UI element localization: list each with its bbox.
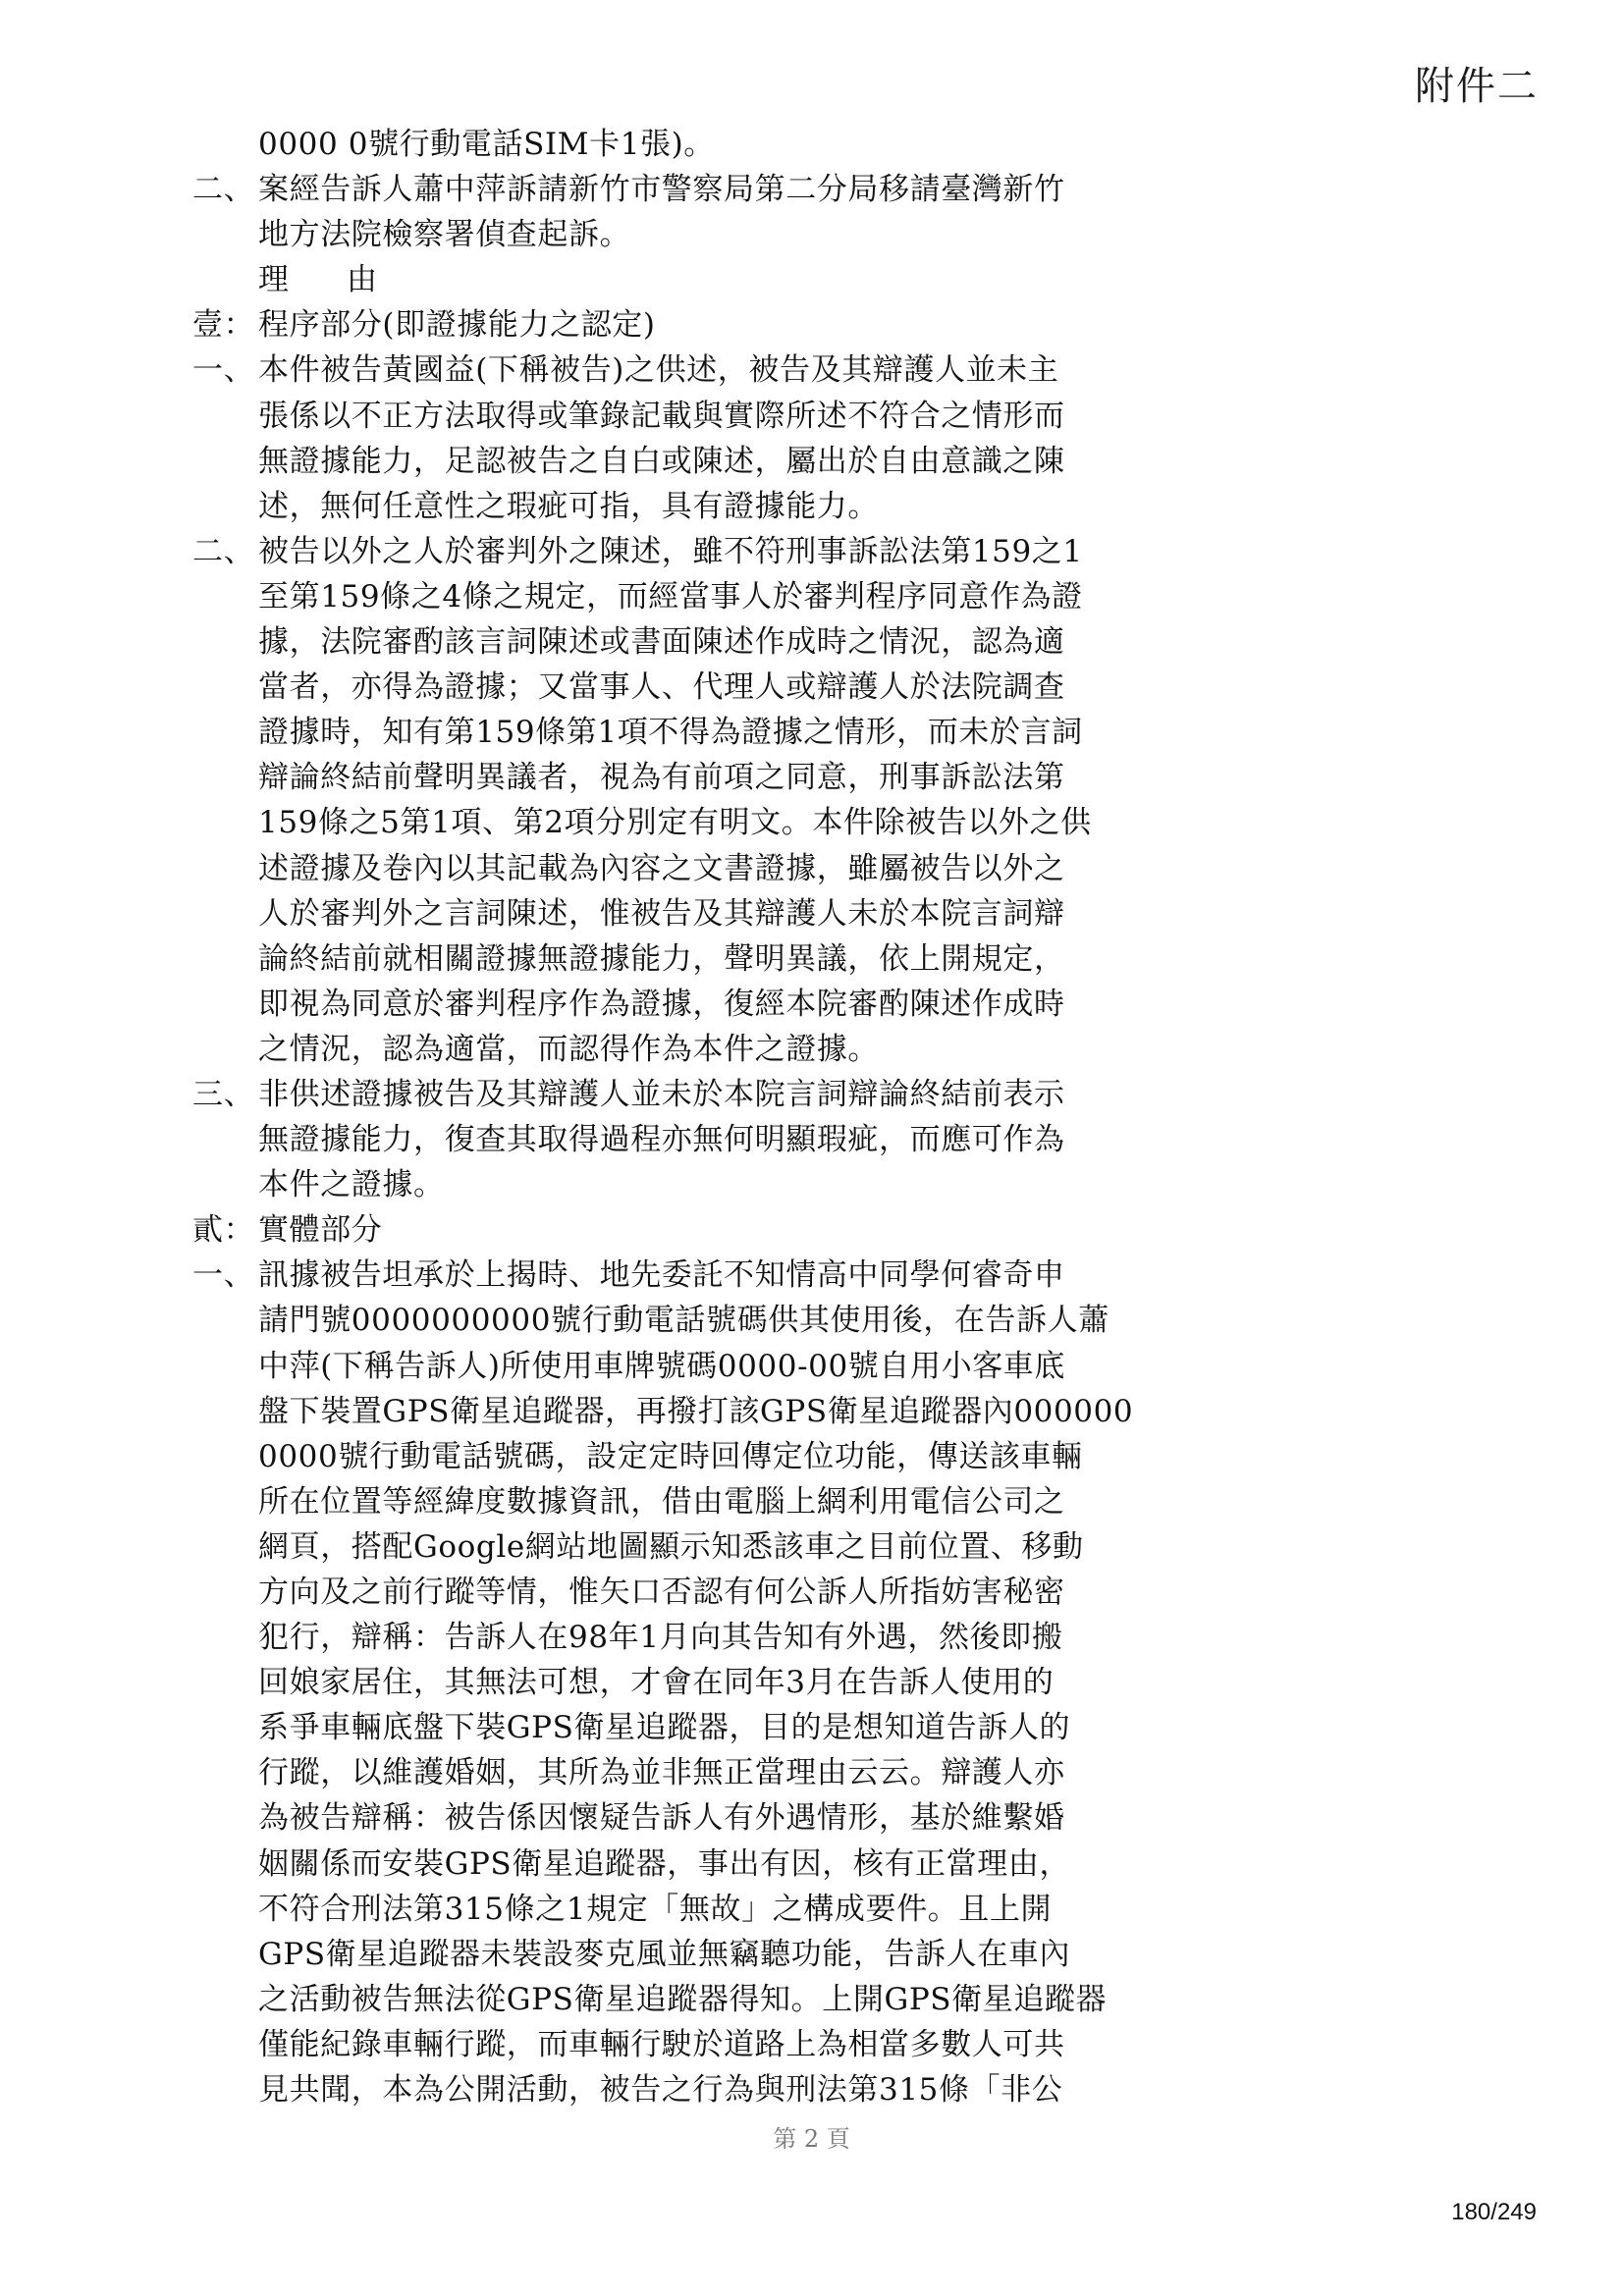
line-text: 本件被告黃國益(下稱被告)之供述，被告及其辯護人並未主 — [258, 347, 1058, 393]
line-text: 當者，亦得為證據；又當事人、代理人或辯護人於法院調查 — [258, 665, 1065, 710]
paragraph-line: 系爭車輛底盤下裝GPS衛星追蹤器，目的是想知道告訴人的 — [192, 1705, 1119, 1750]
paragraph-line: 論終結前就相關證據無證據能力，聲明異議，依上開規定， — [192, 936, 1119, 982]
paragraph-line: 為被告辯稱：被告係因懷疑告訴人有外遇情形，基於維繫婚 — [192, 1795, 1119, 1841]
line-text: 方向及之前行蹤等情，惟矢口否認有何公訴人所指妨害秘密 — [258, 1570, 1065, 1615]
paragraph-line: 地方法院檢察署偵查起訴。 — [192, 212, 1119, 257]
paragraph-line: 無證據能力，足認被告之自白或陳述，屬出於自由意識之陳 — [192, 439, 1119, 484]
paragraph-line: 請門號0000000000號行動電話號碼供其使用後，在告訴人蕭 — [192, 1298, 1119, 1343]
line-text: 地方法院檢察署偵查起訴。 — [258, 212, 630, 257]
list-marker: 壹： — [192, 302, 259, 347]
line-text: 中萍(下稱告訴人)所使用車牌號碼0000-00號自用小客車底 — [258, 1344, 1065, 1389]
line-text: 請門號0000000000號行動電話號碼供其使用後，在告訴人蕭 — [258, 1298, 1109, 1343]
line-text: GPS衛星追蹤器未裝設麥克風並無竊聽功能，告訴人在車內 — [258, 1932, 1070, 1977]
line-text: 被告以外之人於審判外之陳述，雖不符刑事訴訟法第159之1 — [258, 529, 1083, 574]
line-text: 為被告辯稱：被告係因懷疑告訴人有外遇情形，基於維繫婚 — [258, 1795, 1065, 1841]
list-marker: 一、 — [192, 1253, 259, 1298]
line-text: 即視為同意於審判程序作為證據，復經本院審酌陳述作成時 — [258, 982, 1065, 1027]
paragraph-first-line: 一、本件被告黃國益(下稱被告)之供述，被告及其辯護人並未主 — [192, 347, 1119, 393]
paragraph-line: 不符合刑法第315條之1規定「無故」之構成要件。且上開 — [192, 1887, 1119, 1932]
paragraph-line: 人於審判外之言詞陳述，惟被告及其辯護人未於本院言詞辯 — [192, 891, 1119, 936]
line-text: 證據時，知有第159條第1項不得為證據之情形，而未於言詞 — [258, 710, 1083, 755]
paragraph-line: 本件之證據。 — [192, 1162, 1119, 1207]
paragraph-line: 僅能紀錄車輛行蹤，而車輛行駛於道路上為相當多數人可共 — [192, 2022, 1119, 2067]
line-text: 訊據被告坦承於上揭時、地先委託不知情高中同學何睿奇申 — [258, 1253, 1065, 1298]
paragraph-line: 見共聞，本為公開活動，被告之行為與刑法第315條「非公 — [192, 2067, 1119, 2112]
line-text: 本件之證據。 — [258, 1162, 445, 1207]
line-text: 之活動被告無法從GPS衛星追蹤器得知。上開GPS衛星追蹤器 — [258, 1977, 1107, 2022]
line-text: 0000號行動電話號碼，設定定時回傳定位功能，傳送該車輛 — [258, 1434, 1083, 1479]
line-text: 所在位置等經緯度數據資訊，借由電腦上網利用電信公司之 — [258, 1479, 1065, 1524]
line-text: 回娘家居住，其無法可想，才會在同年3月在告訴人使用的 — [258, 1660, 1054, 1705]
list-marker: 二、 — [192, 167, 259, 212]
line-text: 0000 0號行動電話SIM卡1張)。 — [258, 122, 715, 167]
paragraph-line: 犯行，辯稱：告訴人在98年1月向其告知有外遇，然後即搬 — [192, 1615, 1119, 1660]
paragraph-line: 理 由 — [192, 257, 1119, 302]
list-marker: 二、 — [192, 529, 259, 574]
page-number-label: 第 2 頁 — [0, 2119, 1623, 2154]
paragraph-line: 所在位置等經緯度數據資訊，借由電腦上網利用電信公司之 — [192, 1479, 1119, 1524]
paragraph-line: 0000號行動電話號碼，設定定時回傳定位功能，傳送該車輛 — [192, 1434, 1119, 1479]
list-marker: 一、 — [192, 347, 259, 393]
line-text: 僅能紀錄車輛行蹤，而車輛行駛於道路上為相當多數人可共 — [258, 2022, 1065, 2067]
line-text: 犯行，辯稱：告訴人在98年1月向其告知有外遇，然後即搬 — [258, 1615, 1062, 1660]
document-body: 0000 0號行動電話SIM卡1張)。二、案經告訴人蕭中萍訴請新竹市警察局第二分… — [192, 122, 1119, 2112]
paragraph-line: 之情況，認為適當，而認得作為本件之證據。 — [192, 1027, 1119, 1072]
page-counter: 180/249 — [1451, 2199, 1537, 2226]
paragraph-line: 證據時，知有第159條第1項不得為證據之情形，而未於言詞 — [192, 710, 1119, 755]
paragraph-line: 據，法院審酌該言詞陳述或書面陳述作成時之情況，認為適 — [192, 619, 1119, 665]
line-text: 論終結前就相關證據無證據能力，聲明異議，依上開規定， — [258, 936, 1065, 982]
paragraph-first-line: 三、非供述證據被告及其辯護人並未於本院言詞辯論終結前表示 — [192, 1072, 1119, 1117]
paragraph-line: 無證據能力，復查其取得過程亦無何明顯瑕疵，而應可作為 — [192, 1117, 1119, 1162]
line-text: 實體部分 — [258, 1207, 382, 1253]
line-text: 159條之5第1項、第2項分別定有明文。本件除被告以外之供 — [258, 800, 1092, 845]
line-text: 程序部分(即證據能力之認定) — [258, 302, 656, 347]
line-text: 述，無何任意性之瑕疵可指，具有證據能力。 — [258, 484, 879, 529]
line-text: 據，法院審酌該言詞陳述或書面陳述作成時之情況，認為適 — [258, 619, 1065, 665]
line-text: 人於審判外之言詞陳述，惟被告及其辯護人未於本院言詞辯 — [258, 891, 1065, 936]
list-marker: 貳： — [192, 1207, 259, 1253]
line-text: 不符合刑法第315條之1規定「無故」之構成要件。且上開 — [258, 1887, 1052, 1932]
paragraph-line: 159條之5第1項、第2項分別定有明文。本件除被告以外之供 — [192, 800, 1119, 845]
paragraph-line: 中萍(下稱告訴人)所使用車牌號碼0000-00號自用小客車底 — [192, 1344, 1119, 1389]
paragraph-line: 0000 0號行動電話SIM卡1張)。 — [192, 122, 1119, 167]
list-marker: 三、 — [192, 1072, 259, 1117]
paragraph-first-line: 一、訊據被告坦承於上揭時、地先委託不知情高中同學何睿奇申 — [192, 1253, 1119, 1298]
line-text: 無證據能力，復查其取得過程亦無何明顯瑕疵，而應可作為 — [258, 1117, 1065, 1162]
paragraph-line: 方向及之前行蹤等情，惟矢口否認有何公訴人所指妨害秘密 — [192, 1570, 1119, 1615]
paragraph-line: 述，無何任意性之瑕疵可指，具有證據能力。 — [192, 484, 1119, 529]
line-text: 辯論終結前聲明異議者，視為有前項之同意，刑事訴訟法第 — [258, 755, 1065, 800]
line-text: 網頁，搭配Google網站地圖顯示知悉該車之目前位置、移動 — [258, 1524, 1084, 1570]
line-text: 無證據能力，足認被告之自白或陳述，屬出於自由意識之陳 — [258, 439, 1065, 484]
paragraph-line: 網頁，搭配Google網站地圖顯示知悉該車之目前位置、移動 — [192, 1524, 1119, 1570]
line-text: 系爭車輛底盤下裝GPS衛星追蹤器，目的是想知道告訴人的 — [258, 1705, 1070, 1750]
line-text: 行蹤，以維護婚姻，其所為並非無正當理由云云。辯護人亦 — [258, 1750, 1065, 1795]
line-text: 理 由 — [258, 257, 391, 302]
paragraph-first-line: 二、被告以外之人於審判外之陳述，雖不符刑事訴訟法第159之1 — [192, 529, 1119, 574]
paragraph-line: GPS衛星追蹤器未裝設麥克風並無竊聽功能，告訴人在車內 — [192, 1932, 1119, 1977]
line-text: 盤下裝置GPS衛星追蹤器，再撥打該GPS衛星追蹤器內000000 — [258, 1389, 1133, 1434]
line-text: 姻關係而安裝GPS衛星追蹤器，事出有因，核有正當理由， — [258, 1842, 1070, 1887]
paragraph-line: 之活動被告無法從GPS衛星追蹤器得知。上開GPS衛星追蹤器 — [192, 1977, 1119, 2022]
attachment-label: 附件二 — [1415, 55, 1539, 111]
paragraph-line: 辯論終結前聲明異議者，視為有前項之同意，刑事訴訟法第 — [192, 755, 1119, 800]
paragraph-line: 張係以不正方法取得或筆錄記載與實際所述不符合之情形而 — [192, 394, 1119, 439]
line-text: 非供述證據被告及其辯護人並未於本院言詞辯論終結前表示 — [258, 1072, 1065, 1117]
line-text: 之情況，認為適當，而認得作為本件之證據。 — [258, 1027, 879, 1072]
paragraph-line: 盤下裝置GPS衛星追蹤器，再撥打該GPS衛星追蹤器內000000 — [192, 1389, 1119, 1434]
paragraph-first-line: 壹：程序部分(即證據能力之認定) — [192, 302, 1119, 347]
paragraph-line: 姻關係而安裝GPS衛星追蹤器，事出有因，核有正當理由， — [192, 1842, 1119, 1887]
paragraph-first-line: 二、案經告訴人蕭中萍訴請新竹市警察局第二分局移請臺灣新竹 — [192, 167, 1119, 212]
paragraph-line: 回娘家居住，其無法可想，才會在同年3月在告訴人使用的 — [192, 1660, 1119, 1705]
paragraph-line: 至第159條之4條之規定，而經當事人於審判程序同意作為證 — [192, 574, 1119, 619]
paragraph-line: 行蹤，以維護婚姻，其所為並非無正當理由云云。辯護人亦 — [192, 1750, 1119, 1795]
line-text: 案經告訴人蕭中萍訴請新竹市警察局第二分局移請臺灣新竹 — [258, 167, 1065, 212]
line-text: 張係以不正方法取得或筆錄記載與實際所述不符合之情形而 — [258, 394, 1065, 439]
line-text: 至第159條之4條之規定，而經當事人於審判程序同意作為證 — [258, 574, 1083, 619]
paragraph-first-line: 貳：實體部分 — [192, 1207, 1119, 1253]
line-text: 見共聞，本為公開活動，被告之行為與刑法第315條「非公 — [258, 2067, 1062, 2112]
paragraph-line: 述證據及卷內以其記載為內容之文書證據，雖屬被告以外之 — [192, 846, 1119, 891]
paragraph-line: 當者，亦得為證據；又當事人、代理人或辯護人於法院調查 — [192, 665, 1119, 710]
line-text: 述證據及卷內以其記載為內容之文書證據，雖屬被告以外之 — [258, 846, 1065, 891]
paragraph-line: 即視為同意於審判程序作為證據，復經本院審酌陳述作成時 — [192, 982, 1119, 1027]
